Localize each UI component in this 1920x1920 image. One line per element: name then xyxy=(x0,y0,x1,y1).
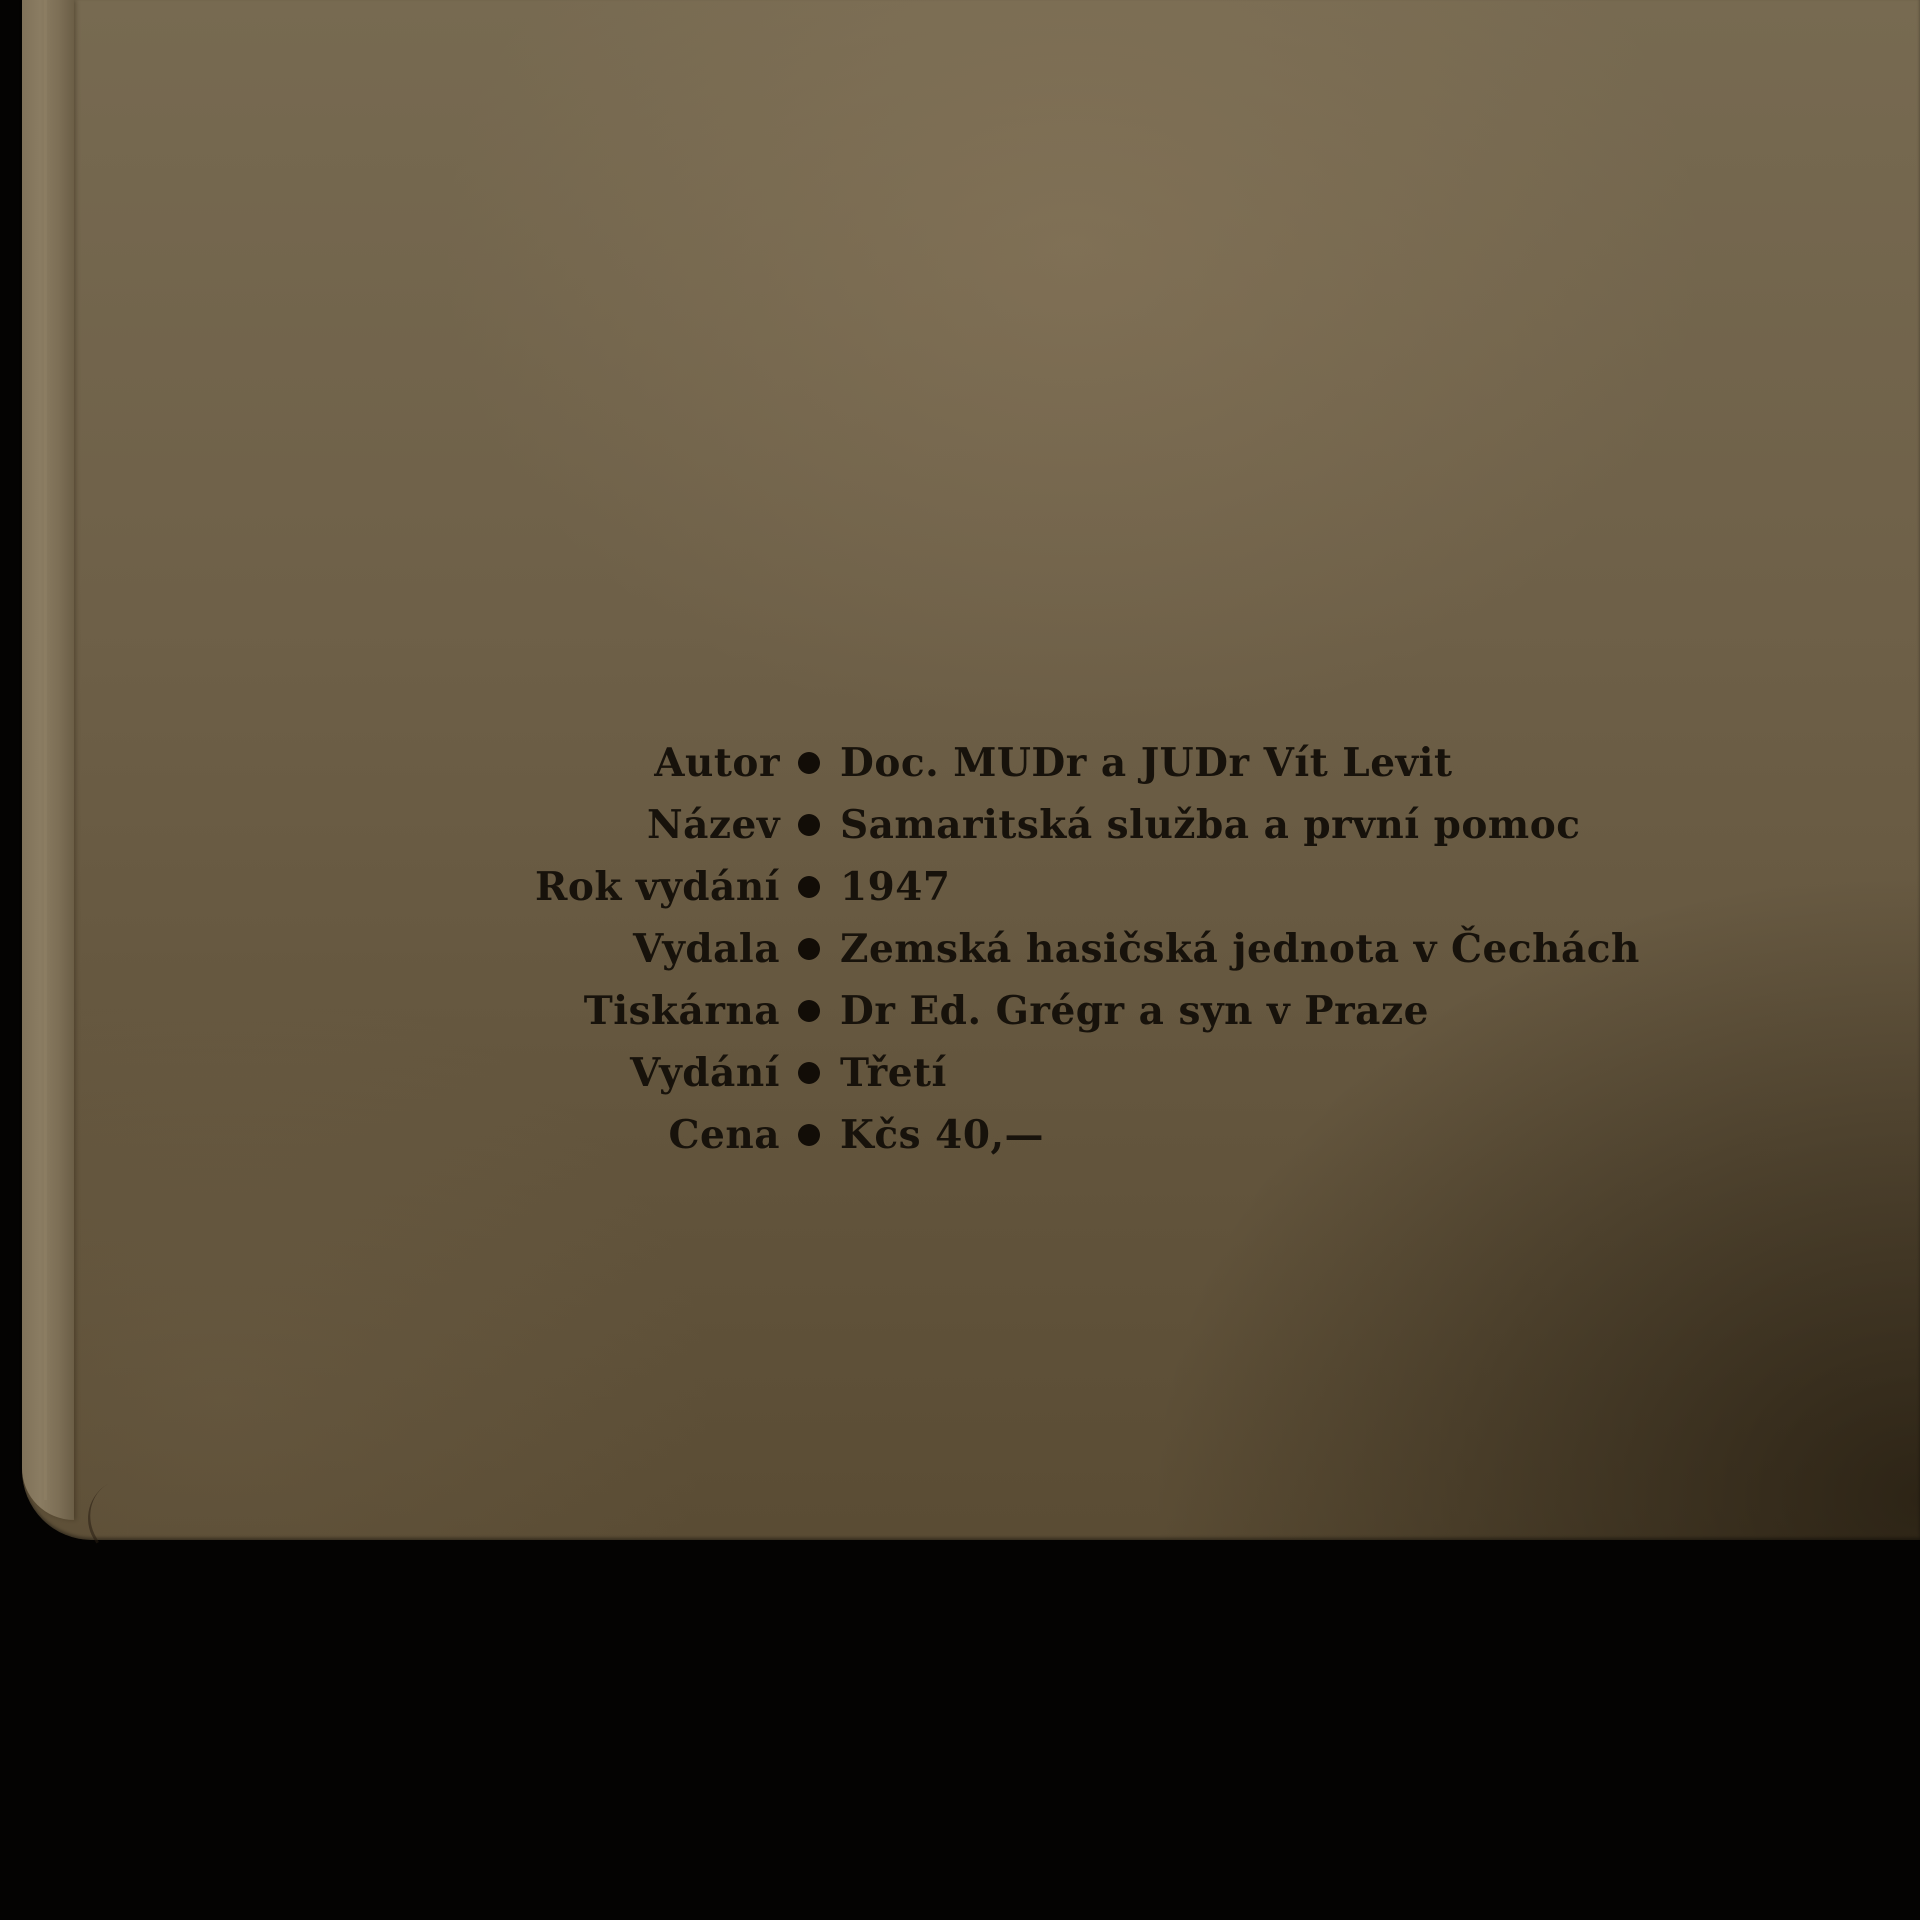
colophon-row-year: Rok vydání 1947 xyxy=(520,856,1640,918)
colophon-label: Vydala xyxy=(520,918,798,980)
colophon-row-author: Autor Doc. MUDr a JUDr Vít Levit xyxy=(520,732,1640,794)
colophon-value: Zemská hasičská jednota v Čechách xyxy=(840,918,1640,980)
book-spine-edge xyxy=(22,0,74,1520)
colophon-row-publisher: Vydala Zemská hasičská jednota v Čechách xyxy=(520,918,1640,980)
colophon-label: Rok vydání xyxy=(520,856,798,918)
colophon-value: Kčs 40,— xyxy=(840,1104,1044,1166)
spine-line xyxy=(44,0,47,1500)
bullet-dot-icon xyxy=(798,876,820,898)
colophon-row-edition: Vydání Třetí xyxy=(520,1042,1640,1104)
photo-scene: Autor Doc. MUDr a JUDr Vít Levit Název S… xyxy=(0,0,1920,1920)
colophon-value: Doc. MUDr a JUDr Vít Levit xyxy=(840,732,1453,794)
bullet-dot-icon xyxy=(798,1000,820,1022)
colophon-value: Třetí xyxy=(840,1042,947,1104)
colophon-value: 1947 xyxy=(840,856,951,918)
colophon-label: Název xyxy=(520,794,798,856)
bullet-dot-icon xyxy=(798,752,820,774)
bullet-dot-icon xyxy=(798,1124,820,1146)
colophon-label: Cena xyxy=(520,1104,798,1166)
colophon-label: Vydání xyxy=(520,1042,798,1104)
colophon-label: Tiskárna xyxy=(520,980,798,1042)
bullet-dot-icon xyxy=(798,1062,820,1084)
colophon-row-printer: Tiskárna Dr Ed. Grégr a syn v Praze xyxy=(520,980,1640,1042)
colophon-row-price: Cena Kčs 40,— xyxy=(520,1104,1640,1166)
colophon-value: Dr Ed. Grégr a syn v Praze xyxy=(840,980,1429,1042)
colophon-label: Autor xyxy=(520,732,798,794)
bullet-dot-icon xyxy=(798,938,820,960)
colophon-value: Samaritská služba a první pomoc xyxy=(840,794,1580,856)
bullet-dot-icon xyxy=(798,814,820,836)
colophon-block: Autor Doc. MUDr a JUDr Vít Levit Název S… xyxy=(520,732,1640,1166)
colophon-row-title: Název Samaritská služba a první pomoc xyxy=(520,794,1640,856)
